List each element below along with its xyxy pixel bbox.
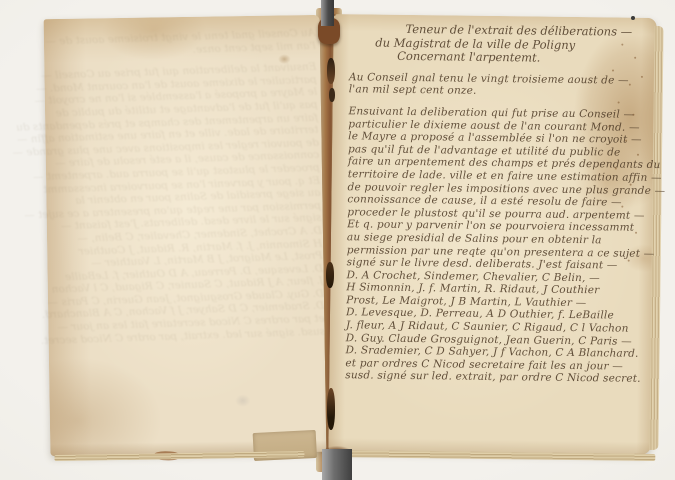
manuscript-line: susd. signé sur led. extrait, par ordre … [345, 370, 647, 386]
manuscript-heading-line: Concernant l'arpentemt. [397, 50, 651, 67]
ink-showthrough: Au Conseil gnal tenu le vingt troisieme … [63, 27, 325, 346]
binding-tear [327, 58, 335, 84]
right-page: Teneur de l'extrait des déliberations —d… [328, 14, 656, 455]
binding-tear [329, 88, 335, 102]
book-clamp-bottom [322, 449, 352, 480]
ink-speck [631, 16, 635, 20]
page-fore-edge [649, 26, 663, 450]
scan-canvas: Au Conseil gnal tenu le vingt troisieme … [0, 0, 675, 480]
manuscript-text: Teneur de l'extrait des déliberations —d… [345, 22, 651, 386]
page-bottom-edges [338, 450, 655, 461]
binding-tear [327, 388, 335, 430]
manuscript-heading: Teneur de l'extrait des déliberations —d… [349, 22, 651, 66]
left-page: Au Conseil gnal tenu le vingt troisieme … [44, 15, 327, 456]
manuscript-body: Au Conseil gnal tenu le vingt troisieme … [345, 71, 651, 386]
binding-tear [326, 262, 334, 288]
book-clamp-top [321, 0, 334, 26]
